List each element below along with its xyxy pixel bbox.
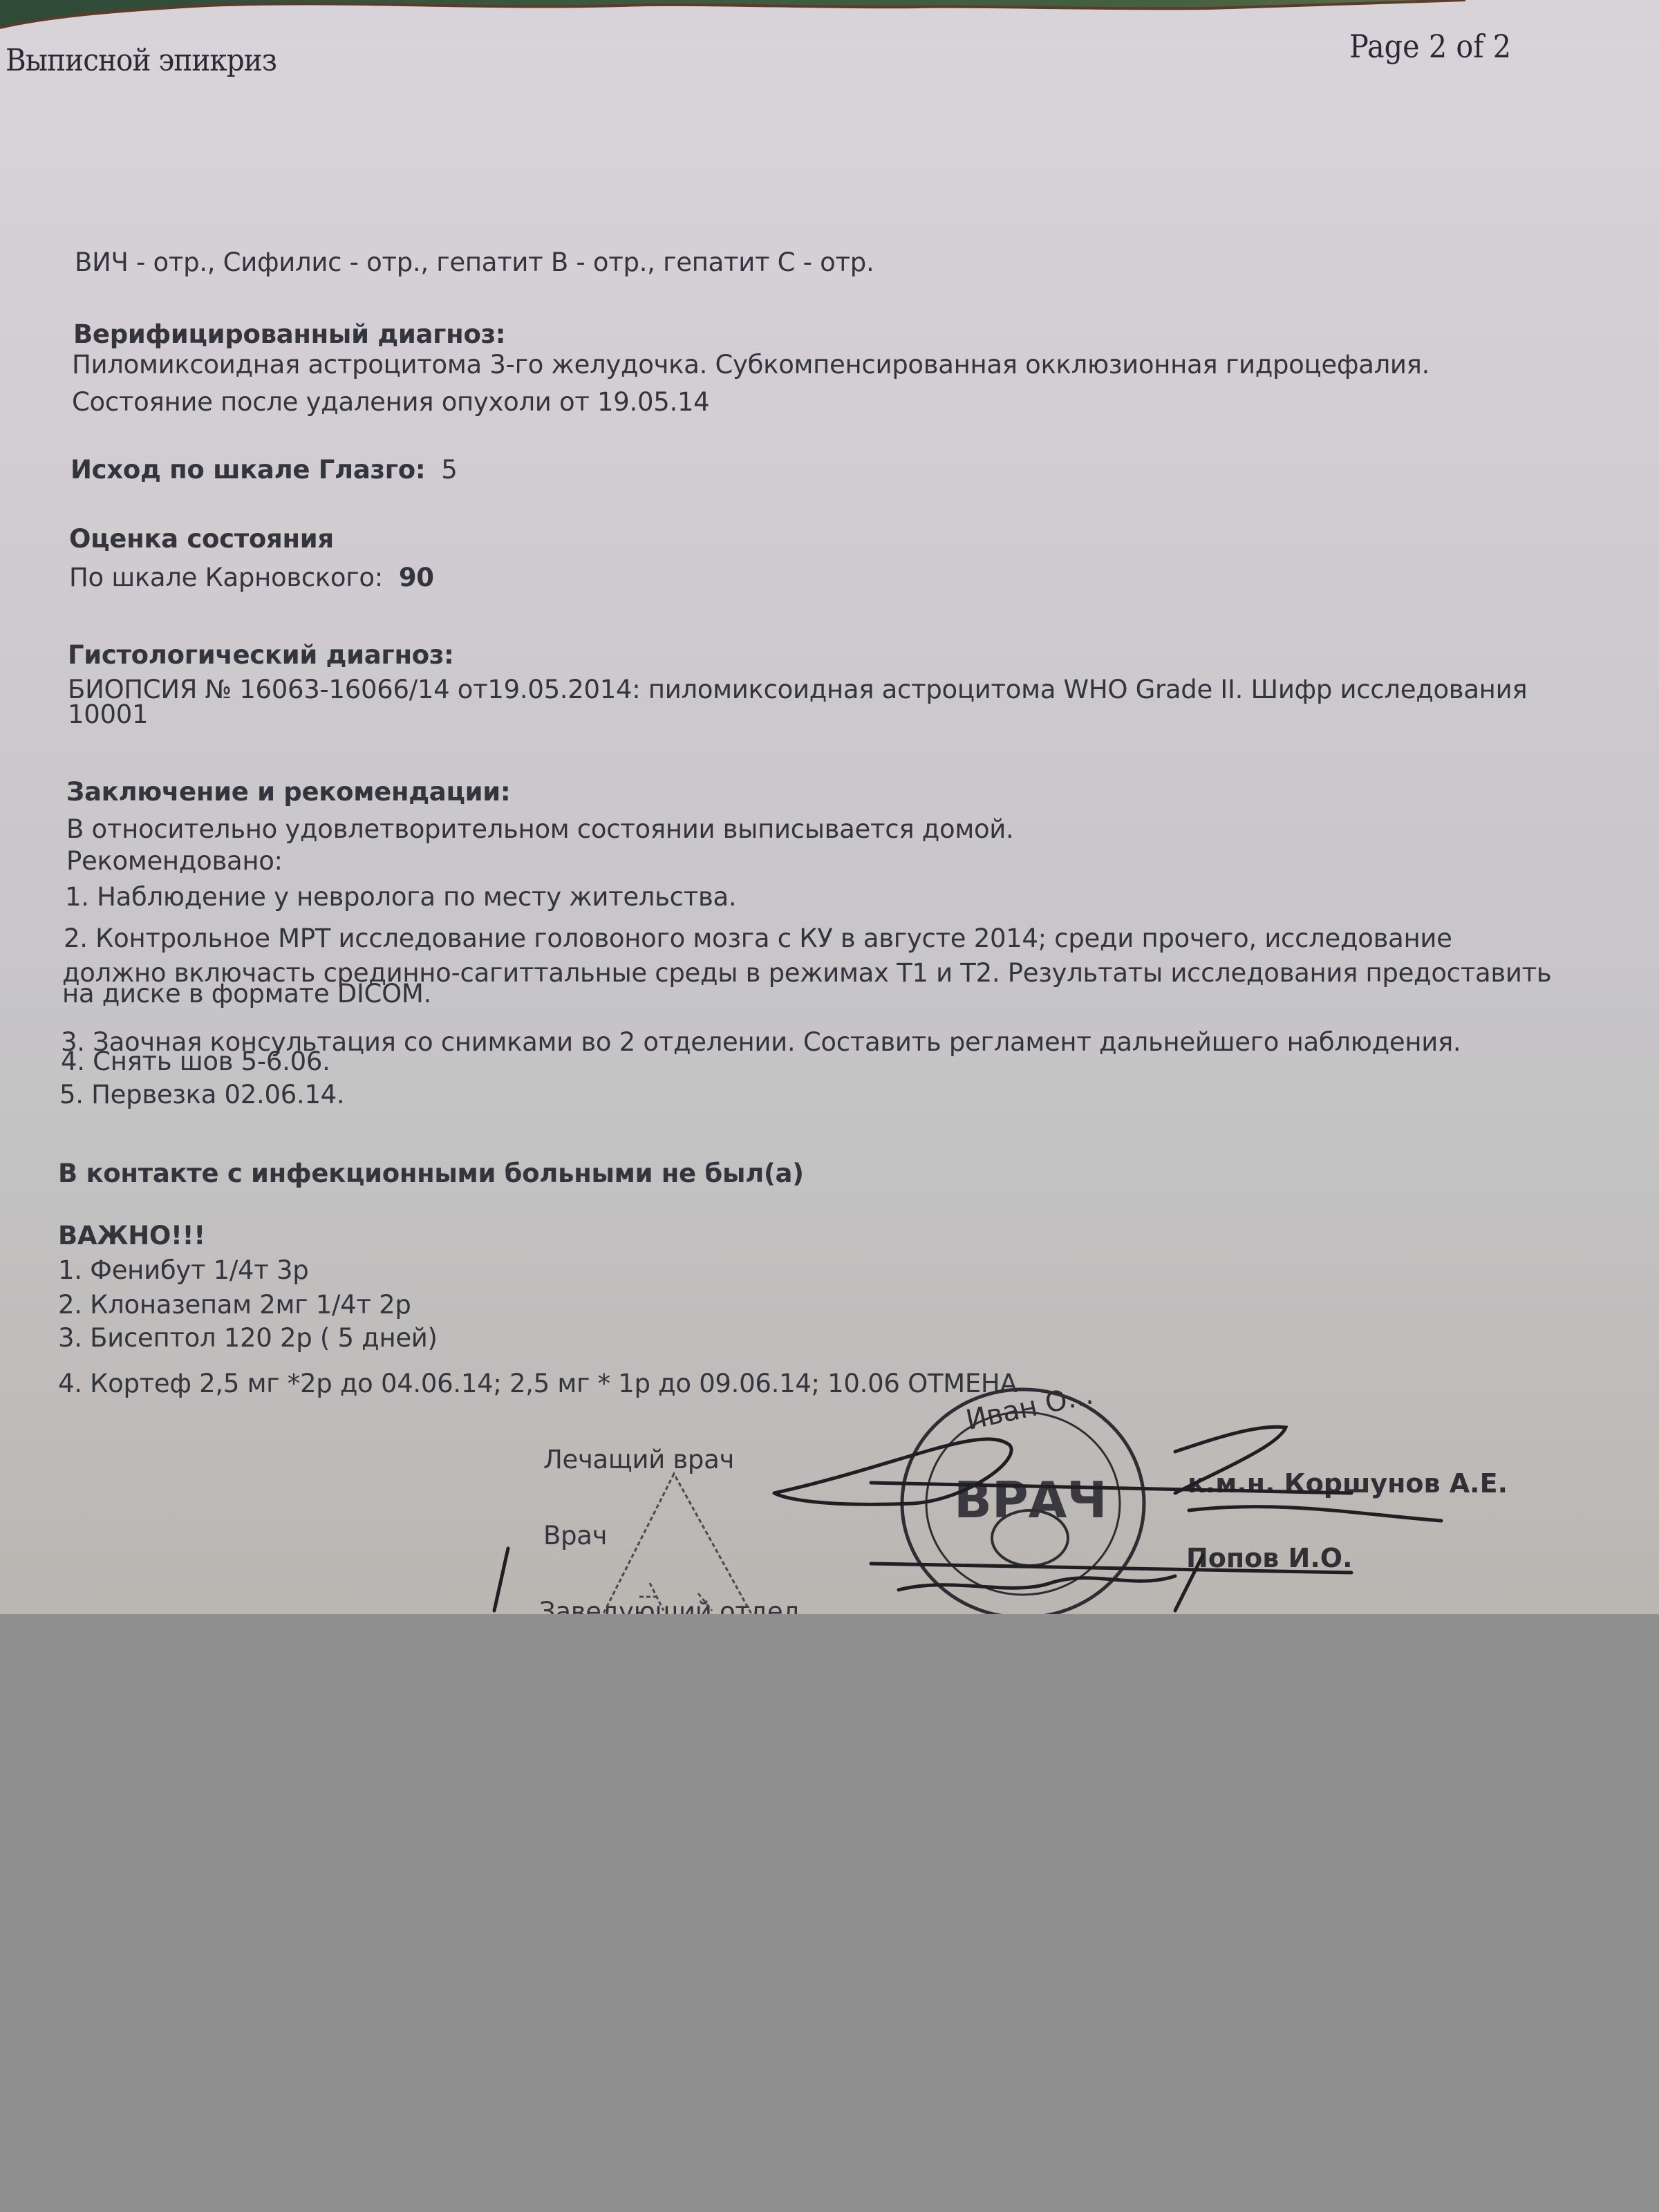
glasgow-row: Исход по шкале Глазго: 5 (71, 455, 458, 485)
medication-item: 4. Кортеф 2,5 мг *2р до 04.06.14; 2,5 мг… (58, 1369, 1017, 1398)
conclusion-line: 1. Наблюдение у невролога по месту жител… (65, 882, 736, 912)
contact-note: В контакте с инфекционными больными не б… (58, 1159, 804, 1188)
attending-doctor-name: к.м.н. Коршунов А.Е. (1188, 1468, 1508, 1499)
attending-doctor-label: Лечащий врач (543, 1445, 734, 1474)
verified-diagnosis-line: Состояние после удаления опухоли от 19.0… (72, 387, 709, 417)
page-number: Page 2 of 2 (1349, 28, 1511, 65)
document-title: Выписной эпикриз (6, 43, 276, 78)
verified-diagnosis-heading: Верифицированный диагноз: (73, 319, 505, 349)
round-stamp-icon: ВРАЧ Иван О... (902, 1378, 1144, 1614)
glasgow-value: 5 (441, 455, 457, 485)
conclusion-heading: Заключение и рекомендации: (66, 777, 510, 807)
conclusion-line: 4. Снять шов 5-6.06. (61, 1047, 330, 1076)
blank-lower-area (0, 1614, 1659, 2212)
document-photo: Выписной эпикриз Page 2 of 2 ВИЧ - отр.,… (0, 0, 1659, 1614)
doctor-name: Попов И.О. (1186, 1543, 1353, 1573)
conclusion-line: на диске в формате DICOM. (62, 979, 431, 1009)
important-heading: ВАЖНО!!! (58, 1221, 205, 1250)
karnofsky-value: 90 (399, 563, 434, 592)
medication-item: 2. Клоназепам 2мг 1/4т 2р (58, 1290, 411, 1320)
conclusion-line: В относительно удовлетворительном состоя… (66, 814, 1014, 844)
histology-line: БИОПСИЯ № 16063-16066/14 от19.05.2014: п… (68, 675, 1527, 704)
karnofsky-row: По шкале Карновского: 90 (69, 563, 434, 592)
conclusion-line: 5. Первезка 02.06.14. (59, 1080, 344, 1109)
medication-item: 3. Бисептол 120 2р ( 5 дней) (58, 1323, 438, 1353)
doctor-label: Врач (543, 1521, 607, 1550)
conclusion-line: 2. Контрольное МРТ исследование головоно… (64, 924, 1452, 953)
triangle-stamp-icon (601, 1474, 753, 1614)
medication-item: 1. Фенибут 1/4т 3р (58, 1255, 308, 1285)
glasgow-label: Исход по шкале Глазго: (71, 455, 425, 485)
condition-heading: Оценка состояния (69, 524, 334, 554)
verified-diagnosis-line: Пиломиксоидная астроцитома 3-го желудочк… (72, 350, 1430, 379)
karnofsky-label: По шкале Карновского: (69, 563, 383, 592)
histology-heading: Гистологический диагноз: (68, 640, 454, 670)
histology-line: 10001 (68, 700, 148, 729)
conclusion-line: Рекомендовано: (66, 846, 283, 876)
infections-line: ВИЧ - отр., Сифилис - отр., гепатит B - … (75, 247, 874, 277)
head-of-department-label: Заведующий отдел... (539, 1597, 823, 1614)
svg-text:ВРАЧ: ВРАЧ (954, 1471, 1107, 1529)
